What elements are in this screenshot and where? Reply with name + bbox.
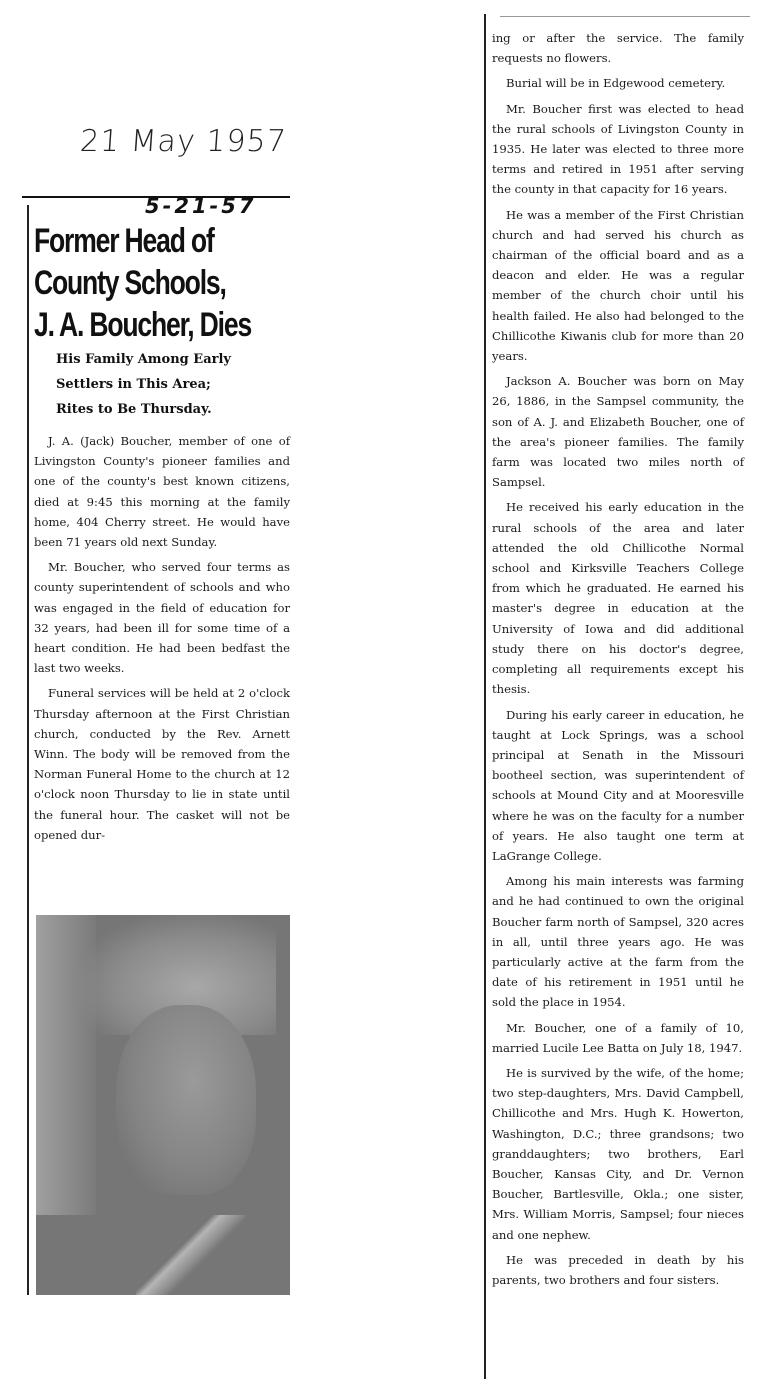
handwritten-date: 21 May 1957 [79, 124, 288, 159]
paragraph: Mr. Boucher, one of a family of 10, marr… [492, 1018, 744, 1058]
paragraph: Mr. Boucher first was elected to head th… [492, 99, 744, 200]
paragraph: Funeral services will be held at 2 o'clo… [34, 683, 290, 845]
headline: Former Head of County Schools, J. A. Bou… [34, 220, 234, 346]
subheadline: His Family Among Early Settlers in This … [56, 347, 286, 422]
left-column-rule [27, 205, 29, 1295]
subheadline-line: Settlers in This Area; [56, 372, 286, 397]
paragraph: He is survived by the wife, of the home;… [492, 1063, 744, 1245]
subheadline-line: Rites to Be Thursday. [56, 397, 286, 422]
paragraph: Mr. Boucher, who served four terms as co… [34, 557, 290, 678]
pen-date-annotation: 5-21-57 [145, 194, 257, 218]
left-column-body: J. A. (Jack) Boucher, member of one of L… [34, 431, 290, 850]
paragraph: He was preceded in death by his parents,… [492, 1250, 744, 1290]
headline-line: J. A. Boucher, Dies [34, 304, 234, 346]
right-column-rule [484, 14, 486, 1379]
photo-face [116, 1005, 256, 1195]
paragraph: He was a member of the First Christian c… [492, 205, 744, 367]
paragraph: He received his early education in the r… [492, 497, 744, 699]
paragraph: Burial will be in Edgewood cemetery. [492, 73, 744, 93]
paragraph: Among his main interests was farming and… [492, 871, 744, 1012]
paragraph: During his early career in education, he… [492, 705, 744, 867]
paragraph: ing or after the service. The family req… [492, 28, 744, 68]
headline-line: County Schools, [34, 262, 234, 304]
paragraph: J. A. (Jack) Boucher, member of one of L… [34, 431, 290, 552]
subheadline-line: His Family Among Early [56, 347, 286, 372]
photo-collar [136, 1215, 246, 1295]
right-top-rule [500, 16, 750, 17]
portrait-photo [36, 915, 290, 1295]
headline-line: Former Head of [34, 220, 234, 262]
paragraph: Jackson A. Boucher was born on May 26, 1… [492, 371, 744, 492]
right-column-body: ing or after the service. The family req… [492, 28, 744, 1295]
